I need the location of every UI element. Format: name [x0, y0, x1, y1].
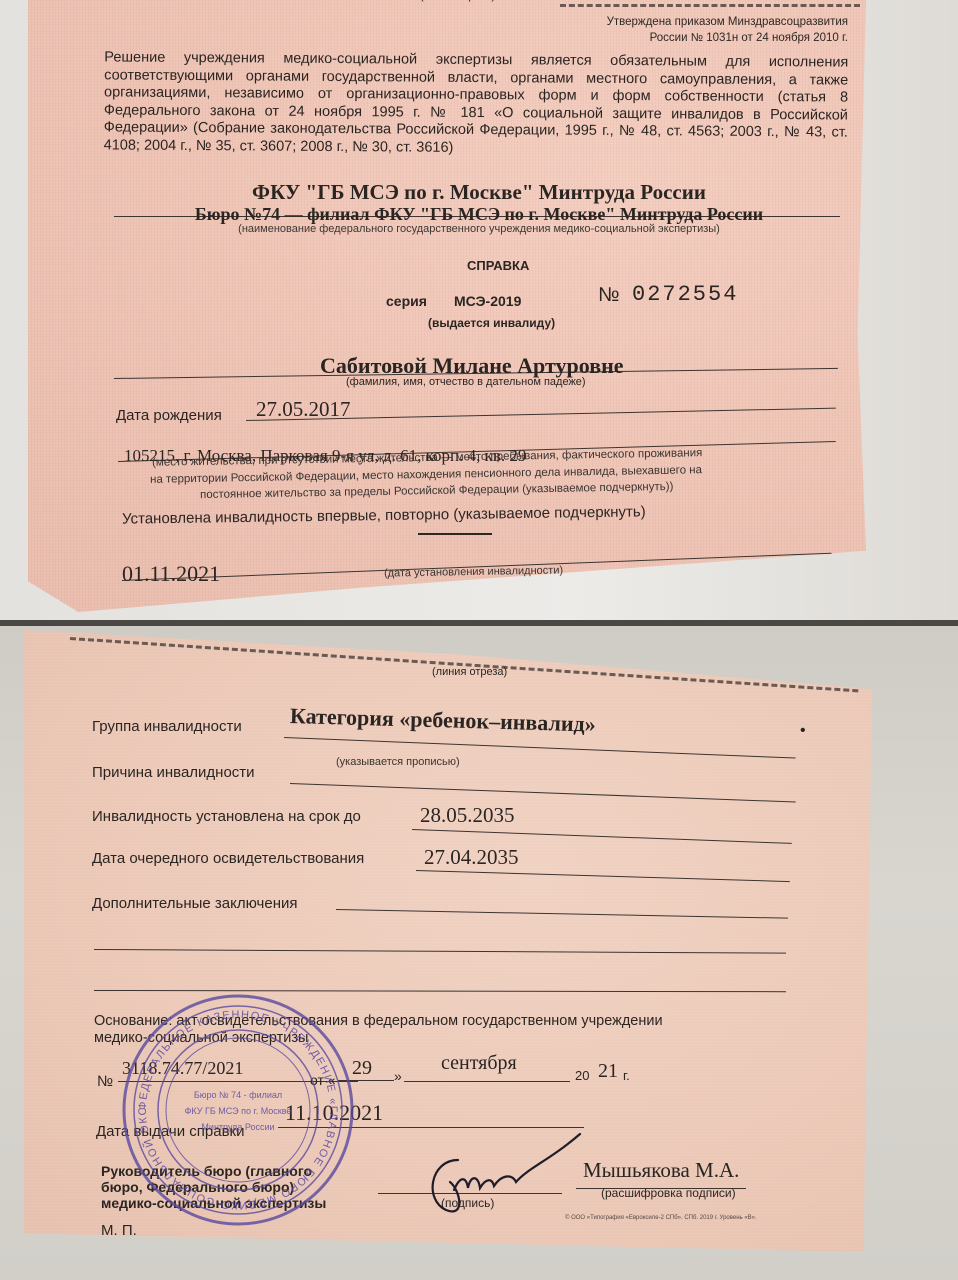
birth-date-label: Дата рождения [116, 407, 222, 424]
disability-group-label: Группа инвалидности [92, 718, 242, 735]
act-year-value: 21 [598, 1060, 618, 1083]
selected-option-underline [418, 533, 492, 535]
signer-name: Мышьякова М.А. [583, 1158, 739, 1183]
issue-date-rule [278, 1127, 584, 1128]
act-number-value: 3118.74.77/2021 [122, 1058, 243, 1079]
approval-line-1: Утверждена приказом Минздравсоцразвития [607, 14, 848, 30]
head-label-3: медико-социальной экспертизы [101, 1195, 326, 1211]
act-month-rule [404, 1081, 570, 1082]
act-month-value: сентября [441, 1052, 517, 1075]
number-sign: № [598, 284, 619, 307]
group-caption: (указывается прописью) [336, 756, 460, 768]
issued-to-caption: (выдается инвалиду) [428, 316, 555, 330]
quote-close: » [394, 1068, 402, 1084]
term-label: Инвалидность установлена на срок до [92, 808, 361, 825]
cut-line-dashes [560, 4, 860, 7]
series-value: МСЭ-2019 [454, 293, 521, 309]
recipient-name-caption: (фамилия, имя, отчество в дательном паде… [346, 376, 586, 388]
signature-rule [378, 1193, 562, 1194]
act-from-label: от « [310, 1072, 336, 1088]
signature-caption: (подпись) [441, 1196, 494, 1210]
act-day-rule [338, 1080, 394, 1081]
decision-paragraph: Решение учреждения медико-социальной экс… [104, 49, 849, 159]
institution-branch: Бюро №74 — филиал ФКУ "ГБ МСЭ по г. Моск… [0, 204, 958, 225]
cut-line-label-top: (линия отреза) [420, 0, 495, 2]
cut-line-label: (линия отреза) [432, 666, 507, 678]
printer-note: © ООО «Типография «Евроксиле-2 СПб». СПб… [565, 1215, 757, 1221]
term-value: 28.05.2035 [420, 803, 515, 828]
head-label-2: бюро, Федерального бюро) [101, 1179, 294, 1195]
issue-date-value: 11.10.2021 [285, 1100, 383, 1126]
act-day-value: 29 [352, 1057, 372, 1080]
signer-caption: (расшифровка подписи) [601, 1186, 736, 1200]
stray-dot: • [800, 722, 806, 740]
additional-conclusions-label: Дополнительные заключения [92, 895, 297, 912]
seal-place-label: М. П. [101, 1222, 137, 1239]
series-label: серия [386, 293, 427, 309]
established-date-value: 01.11.2021 [122, 561, 220, 587]
head-label-1: Руководитель бюро (главного [101, 1163, 312, 1179]
next-exam-label: Дата очередного освидетельствования [92, 850, 364, 867]
act-number-label: № [97, 1073, 113, 1090]
year-prefix: 20 [575, 1068, 589, 1083]
institution-name: ФКУ "ГБ МСЭ по г. Москве" Минтруда Росси… [0, 180, 958, 205]
basis-line-1: Основание: акт освидетельствования в фед… [94, 1013, 663, 1029]
approval-line-2: России № 1031н от 24 ноября 2010 г. [607, 30, 848, 46]
document-title: СПРАВКА [467, 258, 529, 273]
basis-line-2: медико-социальной экспертизы [94, 1030, 308, 1046]
approval-note: Утверждена приказом Минздравсоцразвития … [607, 14, 848, 46]
birth-date-value: 27.05.2017 [256, 397, 351, 422]
certificate-number: 0272554 [632, 282, 738, 307]
image-divider [0, 620, 958, 626]
institution-caption: (наименование федерального государственн… [0, 223, 958, 235]
disability-reason-label: Причина инвалидности [92, 764, 255, 781]
next-exam-value: 27.04.2035 [424, 845, 519, 870]
year-suffix: г. [623, 1068, 630, 1083]
issue-date-label: Дата выдачи справки [96, 1123, 244, 1140]
